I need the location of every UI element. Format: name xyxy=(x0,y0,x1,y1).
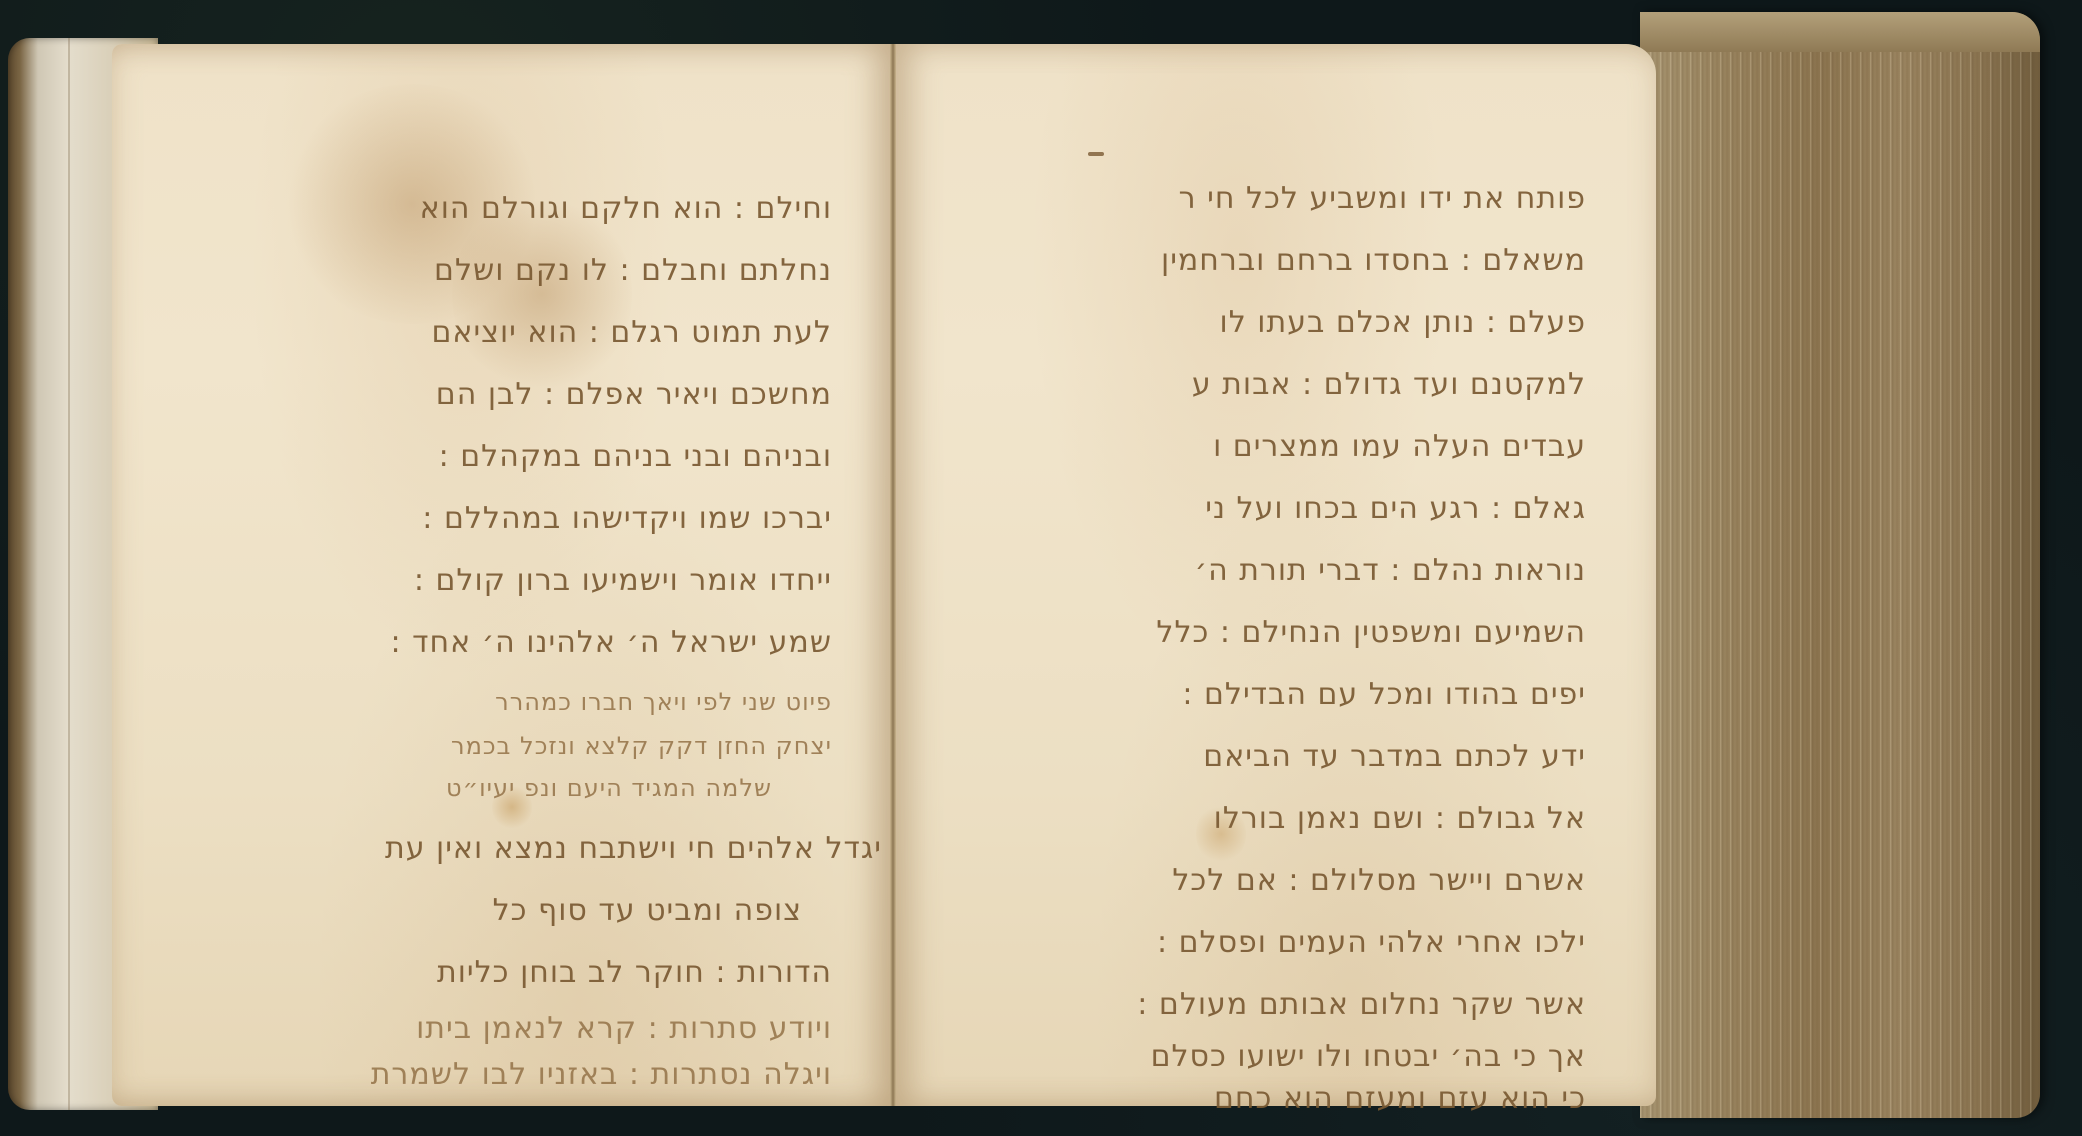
text-line: ובניהם ובני בניהם במקהלם : xyxy=(439,442,832,472)
text-line-colophon: שלמה המגיד היעם ונפ יעיו״ט xyxy=(446,776,772,800)
text-line: נחלתם וחבלם : לו נקם ושלם xyxy=(434,256,832,286)
text-line: אך כי בה׳ יבטחו ולו ישועו כסלם xyxy=(1151,1042,1586,1072)
text-line: וחילם : הוא חלקם וגורלם הוא xyxy=(420,194,832,224)
text-line: צופה ומביט עד סוף כל xyxy=(493,896,802,926)
text-line: אשר שקר נחלום אבותם מעולם : xyxy=(1137,990,1586,1020)
text-line: יפים בהודו ומכל עם הבדילם : xyxy=(1182,680,1586,710)
text-line: גאלם : רגע הים בכחו ועל ני xyxy=(1205,494,1586,524)
text-line: עבדים העלה עמו ממצרים ו xyxy=(1213,432,1586,462)
text-line: ידע לכתם במדבר עד הביאם xyxy=(1203,742,1586,772)
text-line: השמיעם ומשפטין הנחילם : כלל xyxy=(1156,618,1586,648)
text-line: ייחדו אומר וישמיעו ברון קולם : xyxy=(414,566,832,596)
page-block-fore-edge xyxy=(1640,12,2040,1118)
text-line: נוראות נהלם : דברי תורת ה׳ xyxy=(1195,556,1586,586)
text-line: מחשכם ויאיר אפלם : לבן הם xyxy=(436,380,832,410)
text-line: יברכו שמו ויקדישהו במהללם : xyxy=(422,504,832,534)
text-line: יגדל אלהים חי וישתבח נמצא ואין עת xyxy=(385,834,882,864)
text-line-colophon: פיוט שני לפי ויאך חברו כמהרר xyxy=(495,690,832,714)
text-line: פותח את ידו ומשביע לכל חי ר xyxy=(1179,184,1586,214)
text-line: אל גבולם : ושם נאמן בורלו xyxy=(1214,804,1586,834)
text-line: משאלם : בחסדו ברחם וברחמין xyxy=(1161,246,1586,276)
right-page: פותח את ידו ומשביע לכל חי ר משאלם : בחסד… xyxy=(896,44,1656,1106)
text-line: אשרם ויישר מסלולם : אם לכל xyxy=(1172,866,1586,896)
text-line: הדורות : חוקר לב בוחן כליות xyxy=(437,958,832,988)
left-page: וחילם : הוא חלקם וגורלם הוא נחלתם וחבלם … xyxy=(112,44,892,1106)
text-line: כי הוא עזם ומעזם הוא כחם xyxy=(1214,1084,1586,1114)
ink-mark xyxy=(1088,152,1104,156)
text-line: לעת תמוט רגלם : הוא יוציאם xyxy=(432,318,833,348)
text-line: ויגלה נסתרות : באזניו לבו לשמרת xyxy=(371,1060,832,1090)
text-line: פעלם : נותן אכלם בעתו לו xyxy=(1220,308,1586,338)
text-line: למקטנם ועד גדולם : אבות ע xyxy=(1192,370,1586,400)
text-line: ויודע סתרות : קרא לנאמן ביתו xyxy=(416,1014,832,1044)
text-line: שמע ישראל ה׳ אלהינו ה׳ אחד : xyxy=(391,628,833,658)
left-page-text: וחילם : הוא חלקם וגורלם הוא נחלתם וחבלם … xyxy=(112,44,832,1106)
right-page-text: פותח את ידו ומשביע לכל חי ר משאלם : בחסד… xyxy=(896,44,1586,1106)
text-line-colophon: יצחק החזן דקק קלצא ונזכל בכמר xyxy=(451,734,832,758)
text-line: ילכו אחרי אלהי העמים ופסלם : xyxy=(1157,928,1586,958)
